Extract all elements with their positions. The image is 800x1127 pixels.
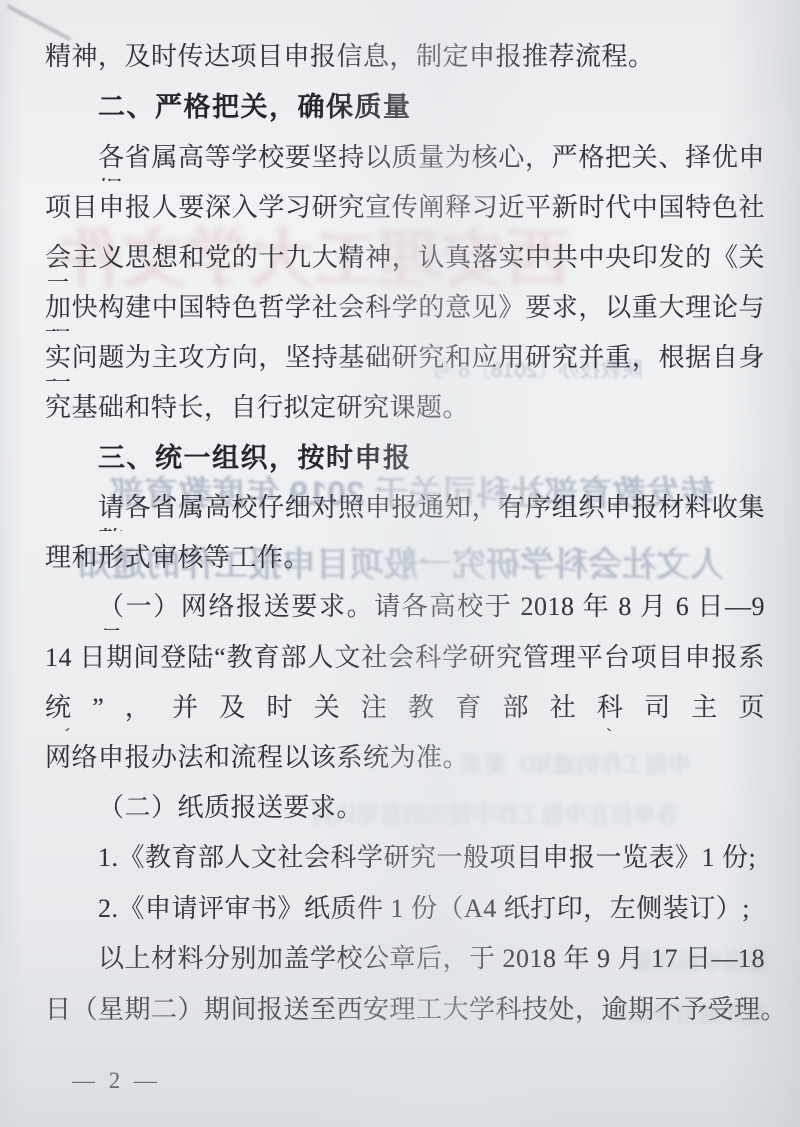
text-line: 各省属高等学校要坚持以质量为核心，严格把关、择优申报。	[98, 141, 765, 181]
scanned-document-page: 西安理工大学文件陕教技办〔2018〕8 号转发教育部社科司关于 2019 年度教…	[0, 0, 800, 1127]
text-line: 2.《申请评审书》纸质件 1 份（A4 纸打印，左侧装订）;	[98, 892, 765, 928]
text-line: 以上材料分别加盖学校公章后，于 2018 年 9 月 17 日—18	[98, 942, 765, 982]
text-line: 精神，及时传达项目申报信息，制定申报推荐流程。	[45, 40, 765, 76]
text-line: 日（星期二）期间报送至西安理工大学科技处，逾期不予受理。	[45, 993, 765, 1029]
document-text-layer: 精神，及时传达项目申报信息，制定申报推荐流程。二、严格把关，确保质量各省属高等学…	[0, 0, 800, 1127]
text-line: 会主义思想和党的十九大精神，认真落实中共中央印发的《关于	[45, 241, 765, 281]
text-line: 14 日期间登陆“教育部人文社会科学研究管理平台项目申报系	[45, 641, 765, 681]
text-line: 网络申报办法和流程以该系统为准。	[45, 741, 765, 777]
text-line: 究基础和特长，自行拟定研究课题。	[45, 391, 765, 427]
text-line: 统”，并及时关注教育部社科司主页（www.moe.edu.cn/s78/A13/…	[45, 691, 765, 731]
text-line: 实问题为主攻方向，坚持基础研究和应用研究并重，根据自身研	[45, 341, 765, 381]
section-heading: 三、统一组织，按时申报	[98, 441, 765, 477]
text-line: （一）网络报送要求。请各高校于 2018 年 8 月 6 日—9 月	[98, 590, 765, 630]
page-number: — 2 —	[72, 1068, 161, 1094]
text-line: 理和形式审核等工作。	[45, 541, 765, 577]
text-line: 加快构建中国特色哲学社会科学的意见》要求，以重大理论与现	[45, 291, 765, 331]
section-heading: 二、严格把关，确保质量	[98, 90, 765, 126]
text-line: 请各省属高校仔细对照申报通知，有序组织申报材料收集整	[98, 491, 765, 531]
text-line: 项目申报人要深入学习研究宣传阐释习近平新时代中国特色社	[45, 191, 765, 231]
text-line: （二）纸质报送要求。	[98, 791, 765, 827]
text-line: 1.《教育部人文社会科学研究一般项目申报一览表》1 份;	[98, 841, 765, 877]
